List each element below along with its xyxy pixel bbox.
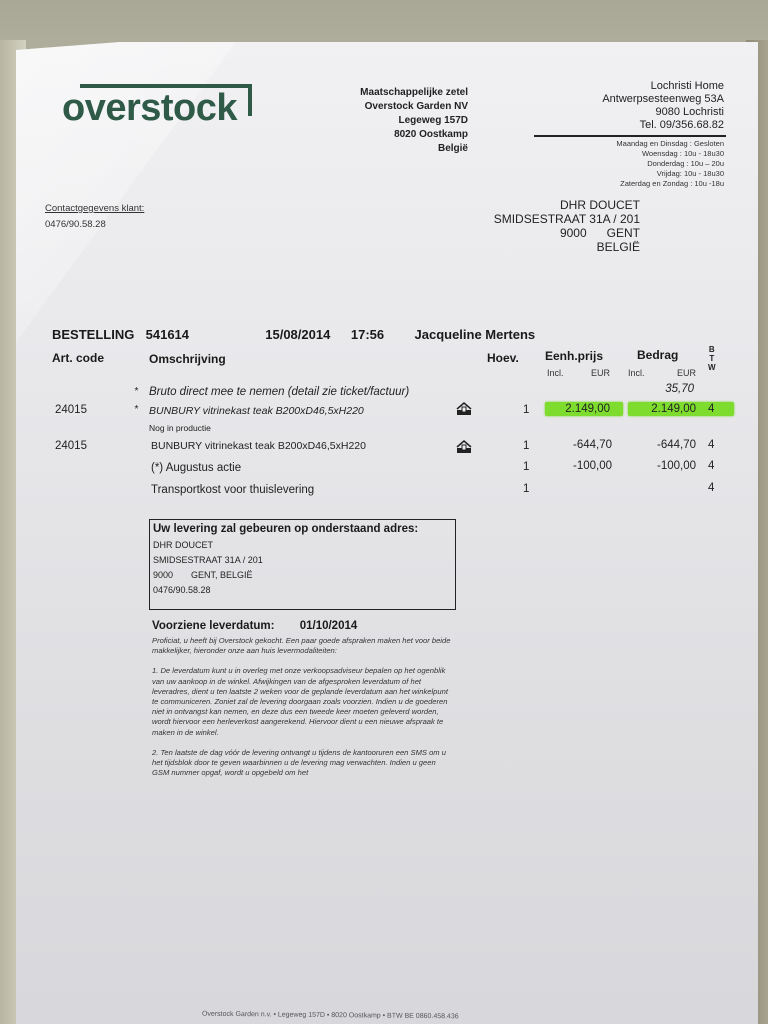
- hq-line: Maatschappelijke zetel: [360, 86, 468, 100]
- hours-line: Maandag en Dinsdag : Gesloten: [616, 139, 724, 149]
- line-unit-price: -100,00: [573, 460, 612, 472]
- line-note: Nog in productie: [149, 423, 211, 433]
- customer-postcode: 9000: [560, 226, 587, 240]
- delivery-terms: Proficiat, u heeft bij Overstock gekocht…: [152, 636, 452, 788]
- delivery-title: Uw levering zal gebeuren op onderstaand …: [153, 523, 455, 535]
- line-description: Transportkost voor thuislevering: [151, 484, 314, 496]
- opening-hours: Maandag en Dinsdag : Gesloten Woensdag :…: [616, 139, 724, 189]
- line-unit-price: 2.149,00: [565, 403, 610, 415]
- line-qty: 1: [523, 440, 529, 452]
- divider: [534, 135, 726, 137]
- line-amount: -100,00: [657, 460, 696, 472]
- col-art-code: Art. code: [52, 351, 104, 365]
- line-code: 24015: [55, 404, 87, 416]
- hours-line: Zaterdag en Zondag : 10u -18u: [616, 179, 724, 189]
- sub-eur: EUR: [591, 368, 610, 378]
- hq-line: Overstock Garden NV: [360, 100, 468, 114]
- line-btw: 4: [708, 460, 714, 472]
- store-line: 9080 Lochristi: [602, 106, 724, 119]
- store-address: Lochristi Home Antwerpsesteenweg 53A 908…: [602, 80, 724, 132]
- terms-paragraph: 2. Ten laatste de dag vóór de levering o…: [152, 748, 452, 779]
- store-phone: Tel. 09/356.68.82: [602, 119, 724, 132]
- delivery-name: DHR DOUCET: [153, 540, 455, 550]
- order-number: 541614: [146, 327, 262, 342]
- col-amount: Bedrag: [637, 348, 678, 362]
- pickup-icon: [455, 402, 473, 421]
- customer-street: SMIDSESTRAAT 31A / 201: [494, 212, 640, 226]
- col-description: Omschrijving: [149, 352, 226, 366]
- overstock-logo: overstock: [56, 82, 252, 132]
- line-amount: 35,70: [665, 383, 694, 395]
- line-description: BUNBURY vitrinekast teak B200xD46,5xH220: [151, 440, 366, 452]
- logo-text: overstock: [62, 88, 237, 128]
- delivery-postcode: 9000: [153, 570, 173, 580]
- order-label: BESTELLING: [52, 327, 142, 342]
- store-line: Antwerpsesteenweg 53A: [602, 93, 724, 106]
- customer-city: GENT: [607, 226, 640, 240]
- line-unit-price: -644,70: [573, 439, 612, 451]
- delivery-street: SMIDSESTRAAT 31A / 201: [153, 555, 455, 565]
- headquarters-address: Maatschappelijke zetel Overstock Garden …: [360, 86, 468, 156]
- line-amount: -644,70: [657, 439, 696, 451]
- hours-line: Donderdag : 10u – 20u: [616, 159, 724, 169]
- contact-label: Contactgegevens klant:: [45, 203, 144, 214]
- order-date: 15/08/2014: [265, 327, 347, 342]
- line-btw: 4: [708, 439, 714, 451]
- customer-country: BELGIË: [494, 240, 640, 254]
- pickup-icon: [455, 440, 473, 459]
- sub-incl: Incl.: [547, 368, 564, 378]
- hq-line: België: [360, 142, 468, 156]
- store-line: Lochristi Home: [602, 80, 724, 93]
- hq-line: 8020 Oostkamp: [360, 128, 468, 142]
- delivery-phone: 0476/90.58.28: [153, 585, 455, 595]
- planned-delivery: Voorziene leverdatum: 01/10/2014: [152, 620, 357, 632]
- col-qty: Hoev.: [487, 351, 519, 365]
- line-qty: 1: [523, 404, 529, 416]
- customer-address: DHR DOUCET SMIDSESTRAAT 31A / 201 9000 G…: [494, 198, 640, 254]
- terms-paragraph: 1. De leverdatum kunt u in overleg met o…: [152, 666, 452, 737]
- hours-line: Woensdag : 10u - 18u30: [616, 149, 724, 159]
- line-description: BUNBURY vitrinekast teak B200xD46,5xH220: [149, 405, 364, 417]
- hq-line: Legeweg 157D: [360, 114, 468, 128]
- line-btw: 4: [708, 482, 714, 494]
- sub-eur: EUR: [677, 368, 696, 378]
- line-marker: *: [134, 403, 138, 415]
- order-header: BESTELLING 541614 15/08/2014 17:56 Jacqu…: [52, 327, 535, 342]
- line-code: 24015: [55, 440, 87, 452]
- salesperson: Jacqueline Mertens: [415, 327, 536, 342]
- line-amount: 2.149,00: [651, 403, 696, 415]
- terms-paragraph: Proficiat, u heeft bij Overstock gekocht…: [152, 636, 452, 656]
- line-description: Bruto direct mee te nemen (detail zie ti…: [149, 386, 409, 398]
- col-unit-price: Eenh.prijs: [545, 349, 603, 363]
- hours-line: Vrijdag: 10u - 18u30: [616, 169, 724, 179]
- line-qty: 1: [523, 483, 529, 495]
- planned-delivery-label: Voorziene leverdatum:: [152, 620, 275, 632]
- planned-delivery-date: 01/10/2014: [300, 620, 358, 632]
- col-btw: BTW: [708, 345, 716, 372]
- line-btw: 4: [708, 403, 714, 415]
- order-time: 17:56: [351, 327, 411, 342]
- customer-name: DHR DOUCET: [494, 198, 640, 212]
- delivery-city: GENT, BELGIË: [191, 570, 253, 580]
- delivery-address-box: Uw levering zal gebeuren op onderstaand …: [149, 519, 456, 610]
- line-description: (*) Augustus actie: [151, 462, 241, 474]
- line-qty: 1: [523, 461, 529, 473]
- line-marker: *: [134, 385, 138, 397]
- sub-incl: Incl.: [628, 368, 645, 378]
- contact-phone: 0476/90.58.28: [45, 219, 106, 230]
